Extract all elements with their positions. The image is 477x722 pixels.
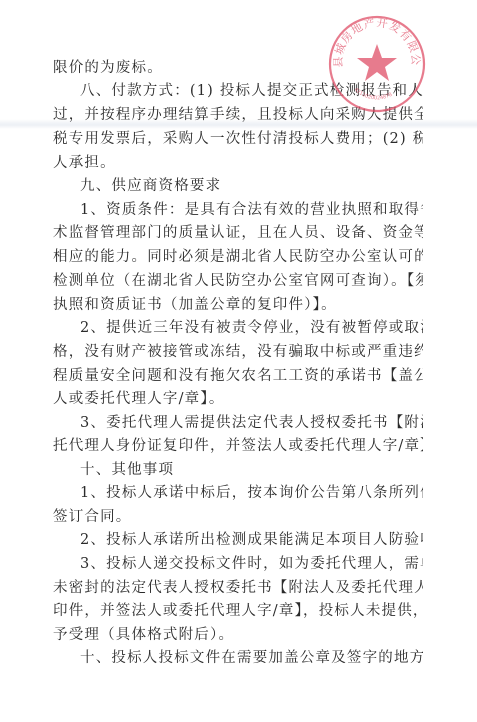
document-line: 未密封的法定代表人授权委托书【附法人及委托代理人身份证复 [53, 577, 423, 599]
document-line: 十、投标人投标文件在需要加盖公章及签字的地方盖章签 [53, 647, 423, 669]
document-line: 过，并按程序办理结算手续，且投标人向采购人提供全额的增值 [53, 104, 423, 126]
document-line: 限价的为废标。 [53, 57, 423, 79]
document-line: 八、付款方式：(1) 投标人提交正式检测报告和人防验收通 [53, 80, 423, 102]
document-page: 限价的为废标。八、付款方式：(1) 投标人提交正式检测报告和人防验收通过，并按程… [0, 0, 477, 722]
document-line: 程质量安全问题和没有拖欠农名工工资的承诺书【盖公章并签法 [53, 365, 423, 387]
document-line: 2、提供近三年没有被责令停业，没有被暂停或取消投标资 [53, 317, 423, 339]
document-line: 检测单位（在湖北省人民防空办公室官网可查询）。【须提供营业 [53, 270, 423, 292]
document-line: 3、投标人递交投标文件时，如为委托代理人，需单独提供 [53, 553, 423, 575]
document-line: 格，没有财产被接管或冻结，没有骗取中标或严重违约或重大工 [53, 341, 423, 363]
document-line: 九、供应商资格要求 [53, 175, 423, 197]
document-line: 人或委托代理人字/章】。 [53, 388, 423, 410]
document-line: 执照和资质证书（加盖公章的复印件）】。 [53, 294, 423, 316]
document-line: 1、投标人承诺中标后，按本询价公告第八条所列付款方式 [53, 482, 423, 504]
document-line: 税专用发票后，采购人一次性付清投标人费用；(2) 税费由投标 [53, 128, 423, 150]
document-line: 印件，并签法人或委托代理人字/章】，投标人未提供，采购人不 [53, 600, 423, 622]
document-line: 十、其他事项 [53, 459, 423, 481]
document-line: 予受理（具体格式附后）。 [53, 624, 423, 646]
document-line: 人承担。 [53, 152, 423, 174]
document-line: 相应的能力。同时必须是湖北省人民防空办公室认可的人防设备 [53, 246, 423, 268]
document-line: 托代理人身份证复印件，并签法人或委托代理人字/章】。 [53, 435, 423, 457]
document-line: 术监督管理部门的质量认证，且在人员、设备、资金等方面具备 [53, 222, 423, 244]
document-line: 2、投标人承诺所出检测成果能满足本项目人防验收要求。 [53, 529, 423, 551]
document-line: 签订合同。 [53, 506, 423, 528]
document-line: 3、委托代理人需提供法定代表人授权委托书【附法人及委 [53, 412, 423, 434]
document-line: 1、资质条件：是具有合法有效的营业执照和取得省质量技 [53, 199, 423, 221]
